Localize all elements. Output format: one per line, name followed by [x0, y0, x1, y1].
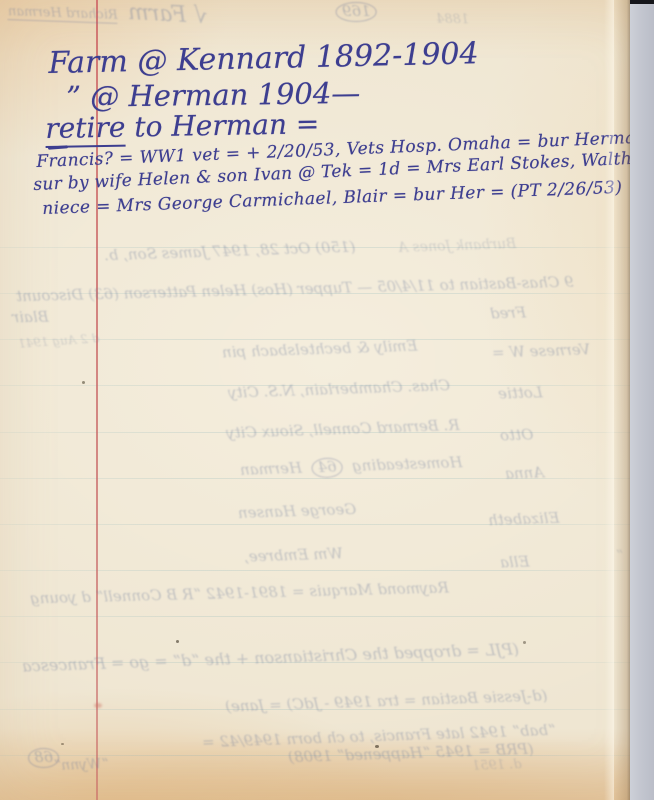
bleedthrough-line: Lottie	[498, 383, 543, 403]
bleedthrough-line: Richard Herman	[8, 4, 118, 23]
ditto-mark: ”	[66, 80, 81, 114]
underlined-word: retire	[45, 111, 126, 148]
bleedthrough-line: Ella	[500, 552, 530, 571]
bleedthrough-line: Homesteading 64 Herman	[240, 453, 463, 480]
bleedthrough-line: Chas. Chamberlain, N.S. City	[228, 376, 450, 402]
ghost-oval-number: 64	[311, 457, 343, 478]
ruled-line	[0, 570, 630, 571]
bleedthrough-line: 9 Chas-Bastian to 11/4/05 — Tupper (Hos)…	[16, 273, 574, 306]
bleedthrough-line: 1884	[436, 12, 469, 28]
ruled-line	[0, 616, 630, 617]
bleedthrough-line: R. Bernard Connell, Sioux City	[226, 416, 460, 442]
ink-dash	[48, 145, 68, 149]
bleedthrough-line: Otto	[500, 425, 534, 444]
bleedthrough-line: Wm Embree,	[244, 544, 343, 565]
bleedthrough-line: Elizabeth	[488, 509, 560, 529]
bleedthrough-line: Blair	[12, 308, 49, 327]
bleedthrough-line: Fred	[490, 303, 527, 322]
paper-stain	[94, 703, 102, 708]
ghost-text: Herman	[240, 459, 303, 479]
paper-speck	[176, 640, 179, 643]
heading-text: to Herman =	[125, 107, 319, 143]
paper-speck	[375, 745, 379, 748]
bleedthrough-line: d. 1951	[472, 757, 522, 774]
bleedthrough-line: √ Farm	[127, 0, 207, 29]
bleedthrough-line: Burbank Jones A	[398, 236, 517, 256]
bleedthrough-line: George Hansen	[238, 500, 357, 522]
paper-speck	[82, 381, 85, 384]
bleedthrough-line: 169	[336, 2, 377, 22]
ghost-text: Richard Herman	[8, 4, 118, 24]
bleedthrough-line: (150) Oct 28, 1947 James Son, b.	[104, 238, 356, 265]
bleedthrough-line: Emily & bechtelsbach pin	[222, 337, 418, 362]
paper-speck	[61, 743, 64, 745]
bleedthrough-line: “Wynn”	[54, 756, 109, 774]
ghost-oval-number: 169	[336, 2, 377, 22]
paper-edge-shadow	[614, 0, 630, 800]
bleedthrough-line: Raymond Marquis = 1891-1942 “R B Connell…	[30, 579, 449, 608]
scanned-notebook-page: Richard Herman √ Farm 169 1884 (150) Oct…	[0, 0, 654, 800]
bleedthrough-line: (d-Jessie Bastian = tra 1949 - JdC) = Ja…	[225, 686, 548, 715]
handwriting-heading-line-1: Farm @ Kennard 1892-1904	[48, 36, 479, 81]
bleedthrough-line: Anna	[505, 463, 545, 482]
scanner-background-strip	[630, 0, 654, 800]
paper-speck	[523, 641, 526, 644]
ghost-text: Homesteading	[352, 453, 463, 475]
bleedthrough-line: Vernese W =	[492, 340, 591, 361]
scanner-edge-mark	[630, 0, 654, 4]
bleedthrough-line: d 2 Aug 1941	[18, 331, 100, 351]
paper-edge-highlight	[604, 0, 614, 800]
handwriting-heading-line-3: retire to Herman =	[45, 107, 320, 145]
